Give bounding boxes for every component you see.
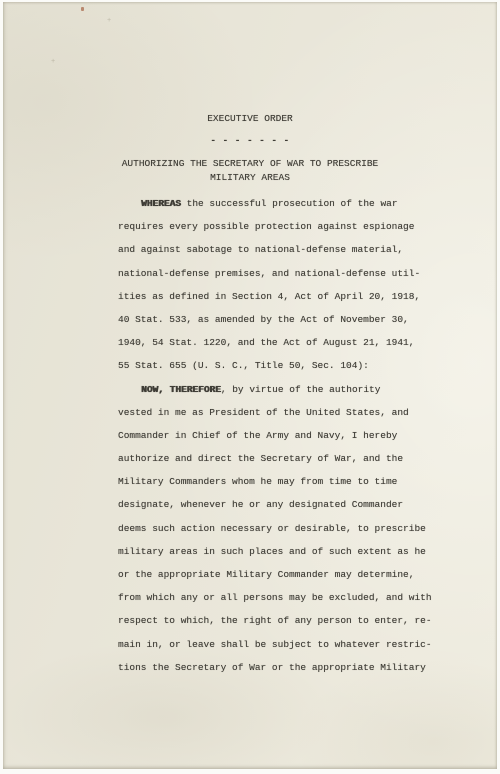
document-line: military areas in such places and of suc… — [118, 540, 448, 563]
scanned-page: + + EXECUTIVE ORDER - - - - - - - AUTHOR… — [0, 0, 500, 774]
faint-registration-mark: + — [107, 17, 111, 25]
overstruck-word: WHEREAS — [141, 198, 181, 209]
document-line: from which any or all persons may be exc… — [118, 586, 448, 609]
document-line: or the appropriate Military Commander ma… — [118, 563, 448, 586]
document-line: vested in me as President of the United … — [118, 401, 448, 424]
overstruck-word: NOW, THEREFORE — [141, 384, 221, 395]
document-line: Commander in Chief of the Army and Navy,… — [118, 424, 448, 447]
faint-registration-mark: + — [51, 58, 55, 66]
document-line: and against sabotage to national-defense… — [118, 238, 448, 261]
document-line: 1940, 54 Stat. 1220, and the Act of Augu… — [118, 331, 448, 354]
divider-dashes: - - - - - - - — [3, 135, 497, 146]
subtitle-line-2: MILITARY AREAS — [3, 172, 497, 183]
subtitle-line-1: AUTHORIZING THE SECRETARY OF WAR TO PRES… — [3, 158, 497, 169]
page-title: EXECUTIVE ORDER — [3, 113, 497, 124]
document-line: national-defense premises, and national-… — [118, 262, 448, 285]
document-line: Military Commanders whom he may from tim… — [118, 470, 448, 493]
paper: + + EXECUTIVE ORDER - - - - - - - AUTHOR… — [3, 2, 497, 769]
document-line: tions the Secretary of War or the approp… — [118, 656, 448, 679]
red-speck-mark — [81, 7, 84, 11]
document-line: designate, whenever he or any designated… — [118, 493, 448, 516]
document-body: WHEREAS the successful prosecution of th… — [118, 192, 448, 679]
document-line: ities as defined in Section 4, Act of Ap… — [118, 285, 448, 308]
document-line: 40 Stat. 533, as amended by the Act of N… — [118, 308, 448, 331]
document-line: 55 Stat. 655 (U. S. C., Title 50, Sec. 1… — [118, 354, 448, 377]
document-line: main in, or leave shall be subject to wh… — [118, 633, 448, 656]
document-line: NOW, THEREFORE, by virtue of the authori… — [118, 378, 448, 401]
document-line: requires every possible protection again… — [118, 215, 448, 238]
document-line: respect to which, the right of any perso… — [118, 609, 448, 632]
document-line: authorize and direct the Secretary of Wa… — [118, 447, 448, 470]
document-line: WHEREAS the successful prosecution of th… — [118, 192, 448, 215]
document-line: deems such action necessary or desirable… — [118, 517, 448, 540]
